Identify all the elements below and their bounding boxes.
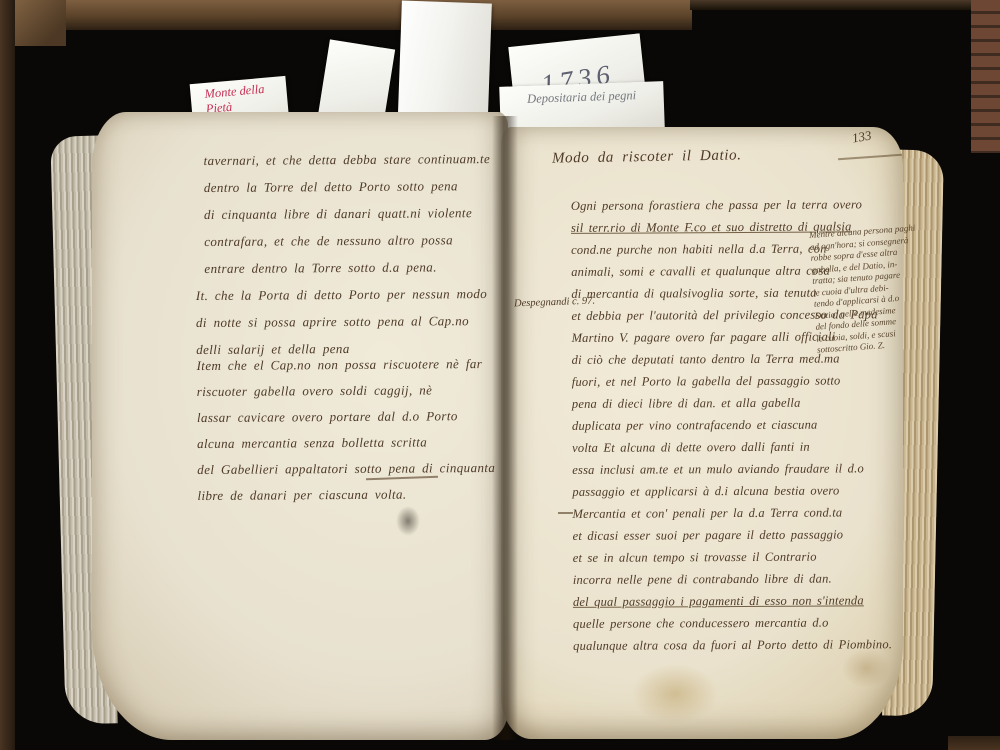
handwritten-line: quelle persone che conducessero mercanti… — [573, 611, 918, 635]
handwritten-line: passaggio et applicarsi à d.i alcuna bes… — [572, 479, 917, 503]
handwritten-line: et se in alcun tempo si trovasse il Cont… — [573, 545, 918, 569]
handwritten-line: essa inclusi am.te et un mulo aviando fr… — [572, 457, 917, 481]
wood-edge-left — [0, 0, 15, 750]
handwritten-line: tavernari, et che detta debba stare cont… — [204, 145, 504, 174]
handwritten-line: dentro la Torre del detto Porto sotto pe… — [204, 172, 504, 201]
handwritten-line: riscuoter gabella overo soldi caggij, nè — [197, 377, 497, 405]
margin-note-right: Mentre alcuna persona paghiad ogn'hora; … — [809, 222, 928, 356]
handwritten-line: del qual passaggio i pagamenti di esso n… — [573, 589, 918, 613]
handwritten-line: Mercantia et con' penali per la d.a Terr… — [572, 501, 917, 525]
handwritten-line: incorra nelle pene di contrabando libre … — [573, 567, 918, 591]
handwritten-line: volta Et alcuna di dette overo dalli fan… — [572, 435, 917, 459]
register-tab: Depositaria dei pegni — [499, 81, 665, 133]
register-tab-label: Depositaria dei pegni — [527, 88, 636, 107]
margin-dash-stroke — [558, 512, 573, 514]
brick-pillar-right — [971, 0, 1000, 153]
right-page-heading: Modo da riscoter il Datio. — [552, 147, 742, 167]
left-page-paragraph-3: Item che el Cap.no non possa riscuotere … — [196, 351, 497, 509]
wood-edge-bottom-right — [948, 736, 1000, 750]
handwritten-line: Ogni persona forastiera che passa per la… — [571, 193, 916, 217]
manuscript-photo: 1736 Depositaria dei pegni Monte della P… — [0, 0, 1000, 750]
handwritten-line: lassar cavicare overo portare dal d.o Po… — [197, 403, 497, 431]
wood-shelf-top — [0, 0, 692, 30]
handwritten-line: del Gabellieri appaltatori sotto pena di… — [197, 455, 497, 483]
handwritten-line: duplicata per vino contrafacendo et cias… — [572, 413, 917, 437]
handwritten-line: libre de danari per ciascuna volta. — [197, 481, 497, 509]
handwritten-line: alcuna mercantia senza bolletta scritta — [197, 429, 497, 457]
folio-number: 133 — [851, 127, 873, 146]
handwritten-line: di notte si possa aprire sotto pena al C… — [196, 307, 496, 336]
wood-shelf-top-right — [690, 0, 975, 10]
handwritten-line: di cinquanta libre di danari quatt.ni vi… — [204, 199, 504, 228]
handwritten-line: et dicasi esser suoi per pagare il detto… — [573, 523, 918, 547]
handwritten-line: entrare dentro la Torre sotto d.a pena. — [204, 253, 504, 282]
handwritten-line: It. che la Porta di detto Porto per ness… — [196, 280, 496, 309]
handwritten-line: contrafara, et che de nessuno altro poss… — [204, 226, 504, 255]
handwritten-line: fuori, et nel Porto la gabella del passa… — [572, 369, 917, 393]
handwritten-line: Item che el Cap.no non possa riscuotere … — [196, 351, 496, 379]
left-page-paragraph-1: tavernari, et che detta debba stare cont… — [204, 145, 505, 282]
handwritten-line: pena di dieci libre di dan. et alla gabe… — [572, 391, 917, 415]
handwritten-line: qualunque altra cosa da fuori al Porto d… — [573, 633, 918, 657]
